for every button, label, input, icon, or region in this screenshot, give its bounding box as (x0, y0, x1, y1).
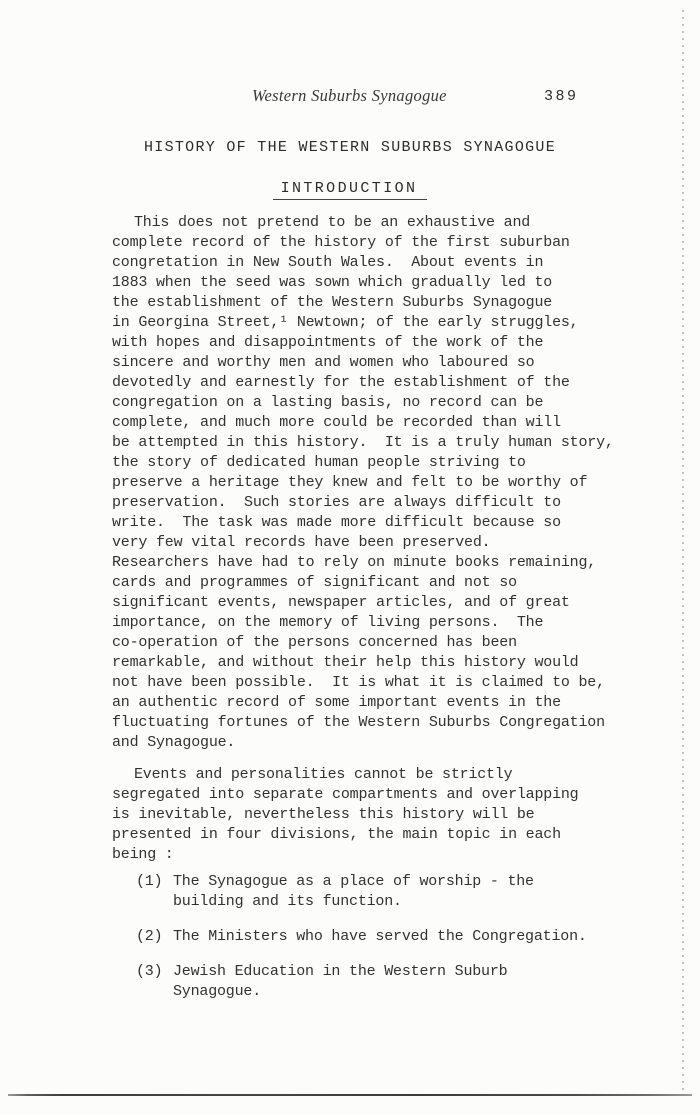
body-text: This does not pretend to be an exhaustiv… (112, 213, 614, 1002)
numbered-list: (1) The Synagogue as a place of worship … (112, 872, 614, 1002)
list-item-number: (2) (136, 927, 173, 947)
running-head-title: Western Suburbs Synagogue (252, 86, 447, 106)
paragraph-divisions: Events and personalities cannot be stric… (112, 765, 614, 865)
document-title: HISTORY OF THE WESTERN SUBURBS SYNAGOGUE (0, 139, 700, 156)
list-item-text: The Synagogue as a place of worship - th… (173, 872, 534, 912)
running-head: Western Suburbs Synagogue 389 (0, 86, 700, 108)
section-heading: INTRODUCTION (273, 180, 428, 200)
section-heading-wrap: INTRODUCTION (0, 179, 700, 200)
document-page: Western Suburbs Synagogue 389 HISTORY OF… (0, 0, 700, 1115)
list-item: (2) The Ministers who have served the Co… (136, 927, 614, 947)
page-number: 389 (544, 88, 579, 105)
list-item: (3) Jewish Education in the Western Subu… (136, 962, 614, 1002)
paragraph-introduction: This does not pretend to be an exhaustiv… (112, 213, 614, 753)
scan-edge-bottom-line (8, 1094, 692, 1096)
list-item-text: The Ministers who have served the Congre… (173, 927, 587, 947)
scan-edge-dotted-line (682, 10, 684, 1092)
list-item-number: (1) (136, 872, 173, 912)
list-item: (1) The Synagogue as a place of worship … (136, 872, 614, 912)
list-item-text: Jewish Education in the Western Suburb S… (173, 962, 507, 1002)
list-item-number: (3) (136, 962, 173, 1002)
